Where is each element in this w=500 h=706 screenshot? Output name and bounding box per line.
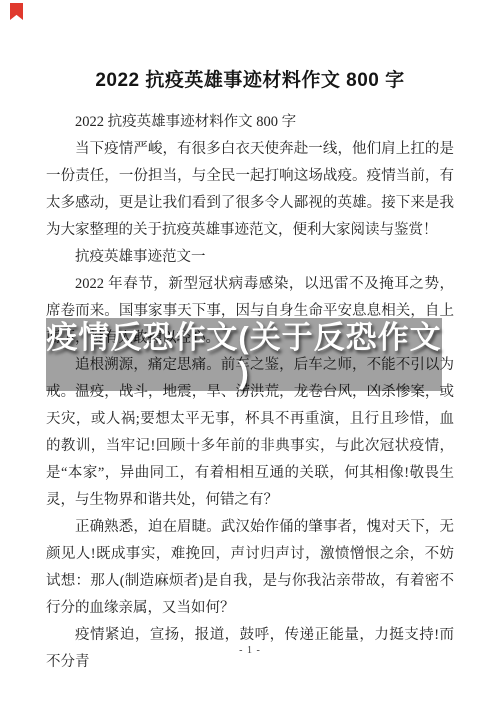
doc-paragraph: 正确熟悉，迫在眉睫。武汉始作俑的肇事者，愧对天下，无颜见人!既成事实，难挽回，声… [46, 514, 454, 622]
red-bookmark-icon [10, 3, 23, 20]
watermark-banner: 疫情反恐作文(关于反恐作文 ) [46, 318, 442, 391]
watermark-title-line2: ) [238, 355, 249, 390]
doc-paragraph: 当下疫情严峻，有很多白衣天使奔赴一线，他们肩上扛的是一份责任，一份担当，与全民一… [46, 136, 454, 244]
doc-paragraph: 2022 抗疫英雄事迹材料作文 800 字 [46, 109, 454, 136]
doc-paragraph: 抗疫英雄事迹范文一 [46, 244, 454, 271]
watermark-title-line1: 疫情反恐作文(关于反恐作文 [46, 320, 441, 355]
page-number: - 1 - [0, 645, 500, 656]
document-title: 2022 抗疫英雄事迹材料作文 800 字 [46, 68, 454, 94]
document-page: 2022 抗疫英雄事迹材料作文 800 字 2022 抗疫英雄事迹材料作文 80… [0, 0, 500, 706]
